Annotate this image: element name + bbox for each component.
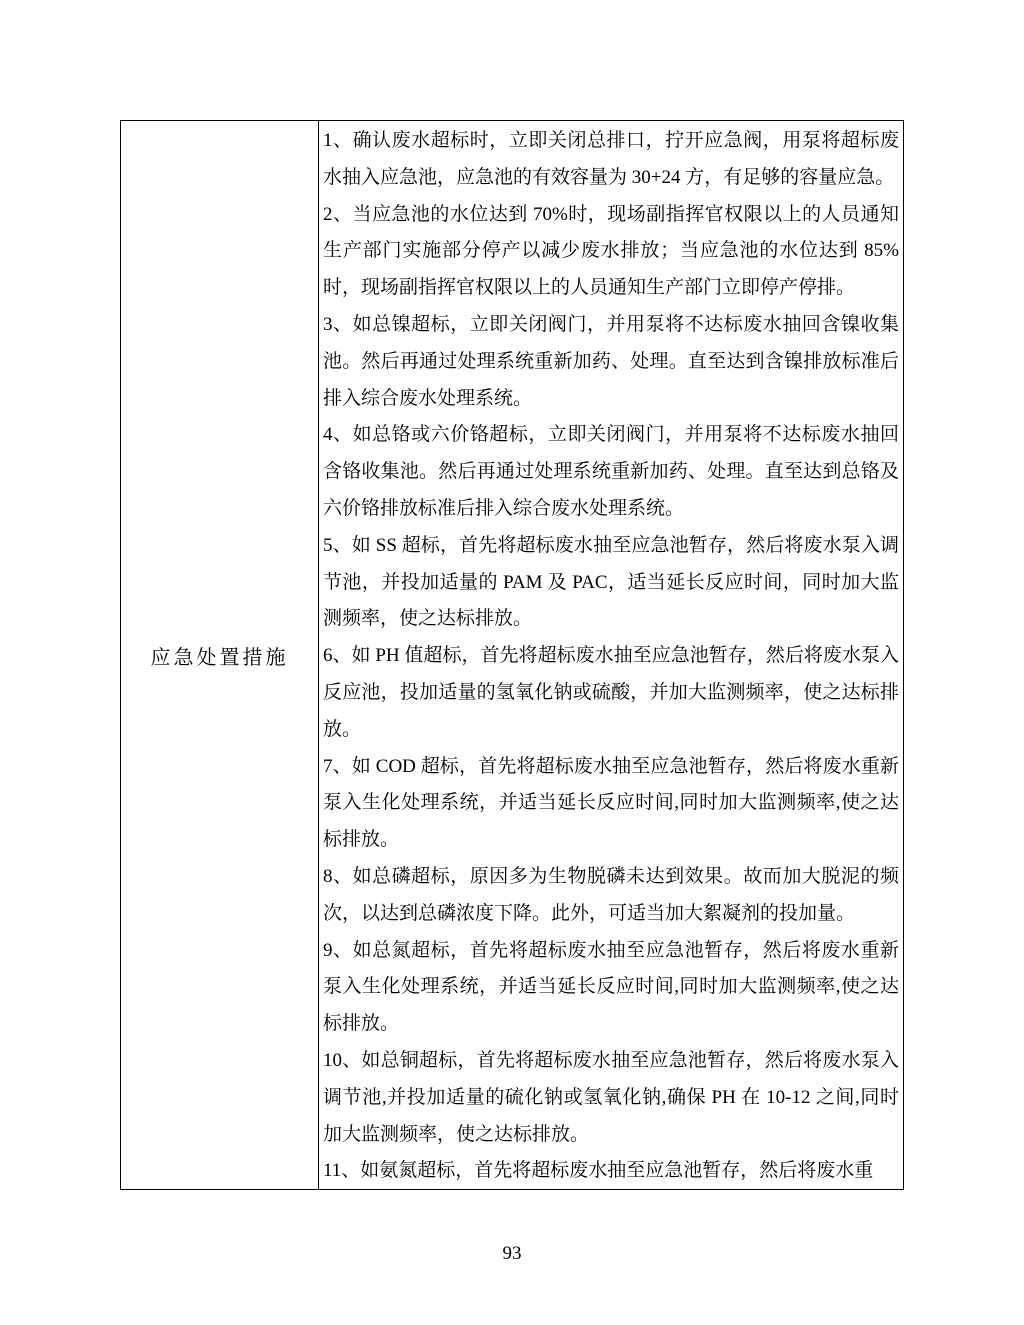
procedure-item: 8、如总磷超标，原因多为生物脱磷未达到效果。故而加大脱泥的频次，以达到总磷浓度下…: [323, 859, 899, 933]
page-number: 93: [0, 1243, 1024, 1265]
row-header-cell: 应急处置措施: [121, 121, 319, 1189]
procedure-item: 1、确认废水超标时，立即关闭总排口，拧开应急阀，用泵将超标废水抽入应急池，应急池…: [323, 123, 899, 197]
procedure-item: 6、如 PH 值超标，首先将超标废水抽至应急池暂存，然后将废水泵入反应池，投加适…: [323, 638, 899, 748]
procedure-item: 9、如总氮超标，首先将超标废水抽至应急池暂存，然后将废水重新泵入生化处理系统，并…: [323, 933, 899, 1043]
procedure-item: 7、如 COD 超标，首先将超标废水抽至应急池暂存，然后将废水重新泵入生化处理系…: [323, 749, 899, 859]
procedures-content-cell: 1、确认废水超标时，立即关闭总排口，拧开应急阀，用泵将超标废水抽入应急池，应急池…: [319, 121, 903, 1189]
procedure-item: 2、当应急池的水位达到 70%时，现场副指挥官权限以上的人员通知生产部门实施部分…: [323, 197, 899, 307]
procedure-item: 11、如氨氮超标，首先将超标废水抽至应急池暂存，然后将废水重: [323, 1153, 899, 1189]
procedure-item: 5、如 SS 超标，首先将超标废水抽至应急池暂存，然后将废水泵入调节池，并投加适…: [323, 528, 899, 638]
procedure-item: 3、如总镍超标，立即关闭阀门，并用泵将不达标废水抽回含镍收集池。然后再通过处理系…: [323, 307, 899, 417]
procedure-item: 4、如总铬或六价铬超标，立即关闭阀门，并用泵将不达标废水抽回含铬收集池。然后再通…: [323, 417, 899, 527]
row-header-label: 应急处置措施: [151, 641, 289, 670]
procedure-item: 10、如总铜超标，首先将超标废水抽至应急池暂存，然后将废水泵入调节池,并投加适量…: [323, 1043, 899, 1153]
procedures-table: 应急处置措施 1、确认废水超标时，立即关闭总排口，拧开应急阀，用泵将超标废水抽入…: [120, 120, 904, 1190]
